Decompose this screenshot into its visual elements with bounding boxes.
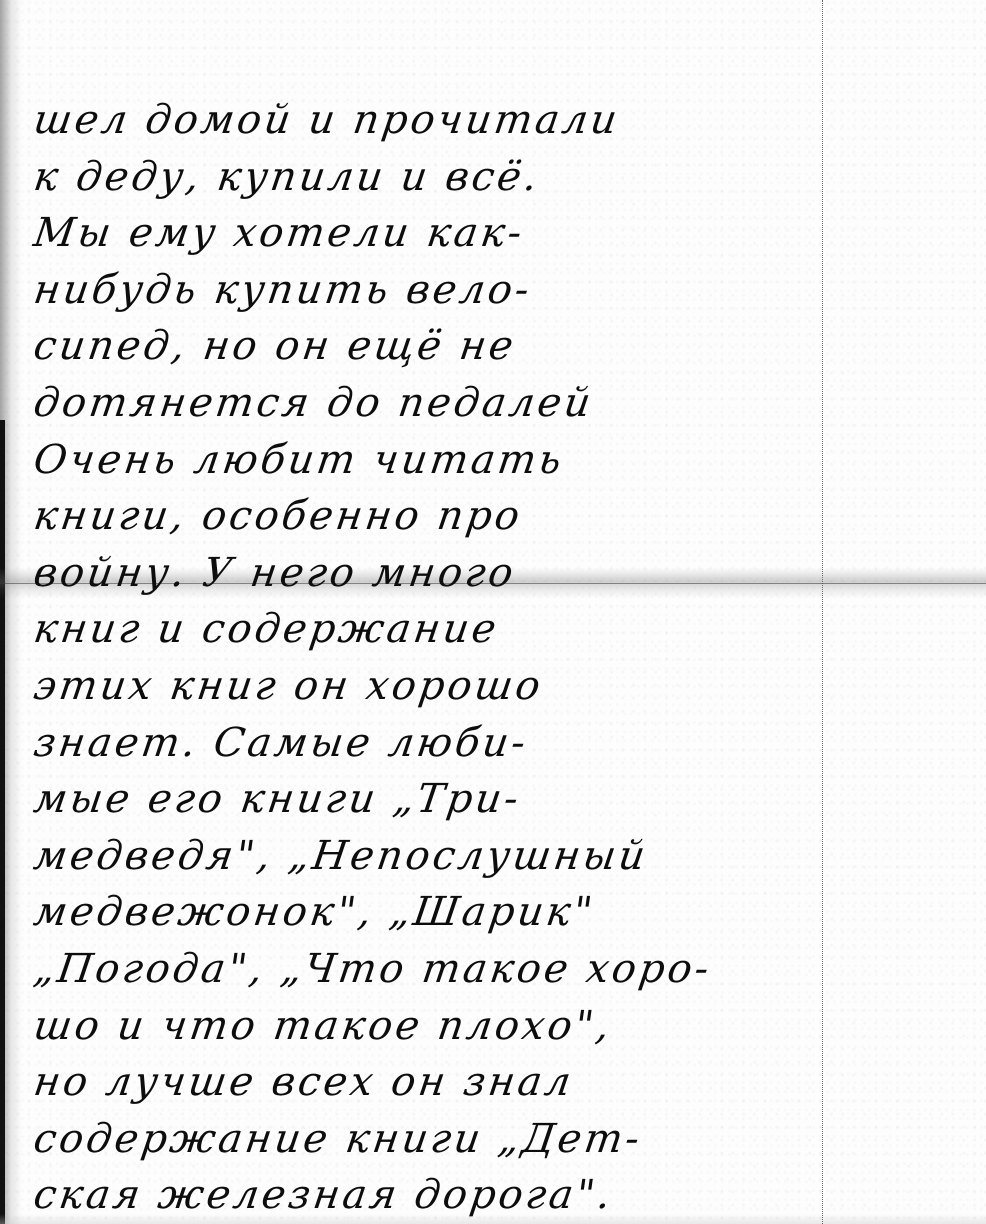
text-line: войну. У него много — [30, 545, 838, 602]
text-line: сипед, но он ещё не — [30, 318, 838, 375]
handwritten-text-block: шел домой и прочитали к деду, купили и в… — [30, 92, 830, 1224]
text-line: ская железная дорога". — [30, 1167, 838, 1224]
text-line: к деду, купили и всё. — [30, 149, 838, 206]
text-line: Очень любит читать — [30, 432, 838, 489]
text-line: но лучше всех он знал — [30, 1054, 838, 1111]
text-line: медведя", „Непослушный — [30, 828, 838, 885]
text-line: „Погода", „Что такое хоро- — [30, 941, 838, 998]
text-line: Мы ему хотели как- — [30, 205, 838, 262]
text-line: дотянется до педалей — [30, 375, 838, 432]
text-line: шел домой и прочитали — [30, 92, 838, 149]
scan-left-black-border — [0, 420, 5, 1224]
text-line: книги, особенно про — [30, 488, 838, 545]
text-line: медвежонок", „Шарик" — [30, 884, 838, 941]
text-line: содержание книги „Дет- — [30, 1111, 838, 1168]
scanned-page: шел домой и прочитали к деду, купили и в… — [0, 0, 986, 1224]
text-line: знает. Самые люби- — [30, 715, 838, 772]
text-line: нибудь купить вело- — [30, 262, 838, 319]
text-line: мые его книги „Три- — [30, 771, 838, 828]
text-line: шо и что такое плохо", — [30, 998, 838, 1055]
text-line: этих книг он хорошо — [30, 658, 838, 715]
text-line: книг и содержание — [30, 601, 838, 658]
